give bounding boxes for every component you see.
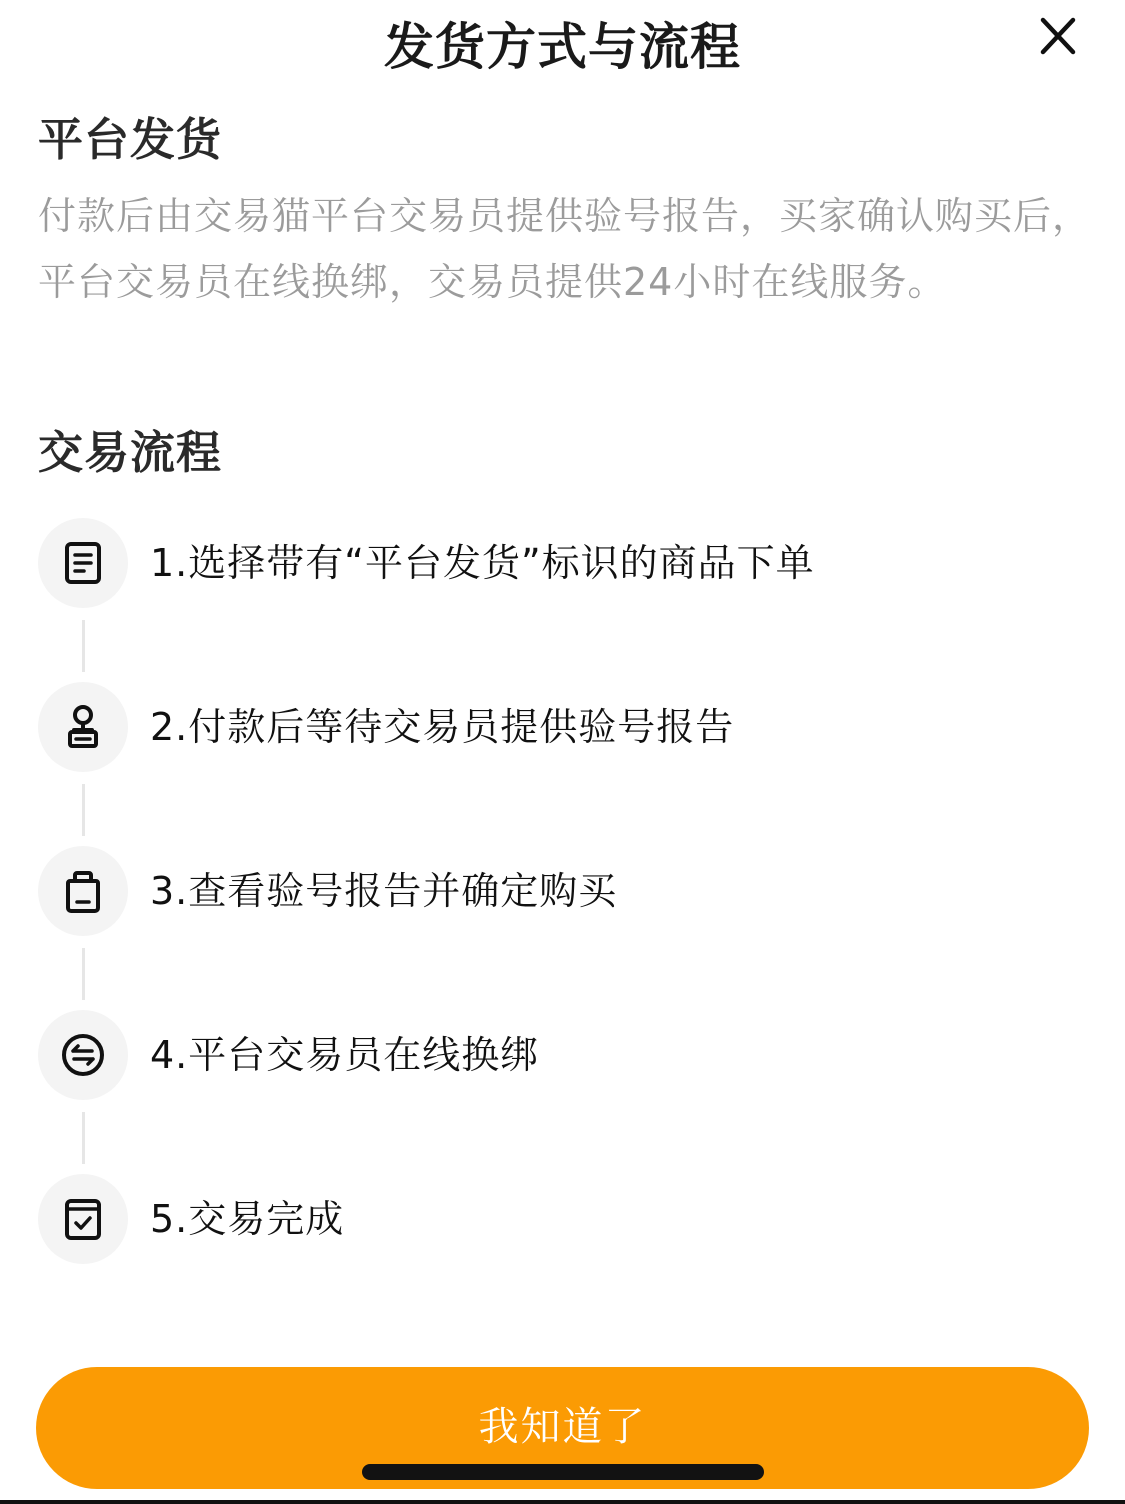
step-icon-circle: [38, 846, 128, 936]
step-icon-circle: [38, 1010, 128, 1100]
process-step-4: 4.平台交易员在线换绑: [38, 1010, 1088, 1100]
process-step-1: 1.选择带有“平台发货”标识的商品下单: [38, 518, 1088, 608]
exchange-arrows-icon: [58, 1030, 108, 1080]
process-steps: 1.选择带有“平台发货”标识的商品下单 2.付款后等待交易员提供验号报告: [38, 518, 1088, 1264]
bottom-edge: [0, 1500, 1125, 1504]
got-it-label: 我知道了: [479, 1395, 647, 1452]
platform-shipping-description: 付款后由交易猫平台交易员提供验号报告，买家确认购买后，平台交易员在线换绑，交易员…: [38, 183, 1098, 315]
document-list-icon: [58, 538, 108, 588]
step-icon-circle: [38, 1174, 128, 1264]
step-label: 4.平台交易员在线换绑: [150, 1030, 539, 1080]
home-indicator: [362, 1464, 764, 1480]
shipping-method-sheet: 发货方式与流程 平台发货 付款后由交易猫平台交易员提供验号报告，买家确认购买后，…: [0, 0, 1125, 1504]
process-step-2: 2.付款后等待交易员提供验号报告: [38, 682, 1088, 772]
step-label: 1.选择带有“平台发货”标识的商品下单: [150, 538, 815, 588]
step-label: 5.交易完成: [150, 1194, 344, 1244]
step-connector: [82, 1112, 85, 1164]
close-icon: [1035, 14, 1081, 60]
step-label: 3.查看验号报告并确定购买: [150, 866, 617, 916]
step-label: 2.付款后等待交易员提供验号报告: [150, 702, 734, 752]
process-step-5: 5.交易完成: [38, 1174, 1088, 1264]
step-icon-circle: [38, 518, 128, 608]
step-connector: [82, 784, 85, 836]
stamp-icon: [58, 702, 108, 752]
step-connector: [82, 948, 85, 1000]
platform-shipping-heading: 平台发货: [38, 110, 222, 170]
shopping-bag-icon: [58, 866, 108, 916]
step-icon-circle: [38, 682, 128, 772]
checked-box-icon: [58, 1194, 108, 1244]
modal-title: 发货方式与流程: [0, 12, 1125, 82]
step-connector: [82, 620, 85, 672]
close-button[interactable]: [1035, 14, 1081, 60]
process-step-3: 3.查看验号报告并确定购买: [38, 846, 1088, 936]
process-heading: 交易流程: [38, 423, 222, 483]
